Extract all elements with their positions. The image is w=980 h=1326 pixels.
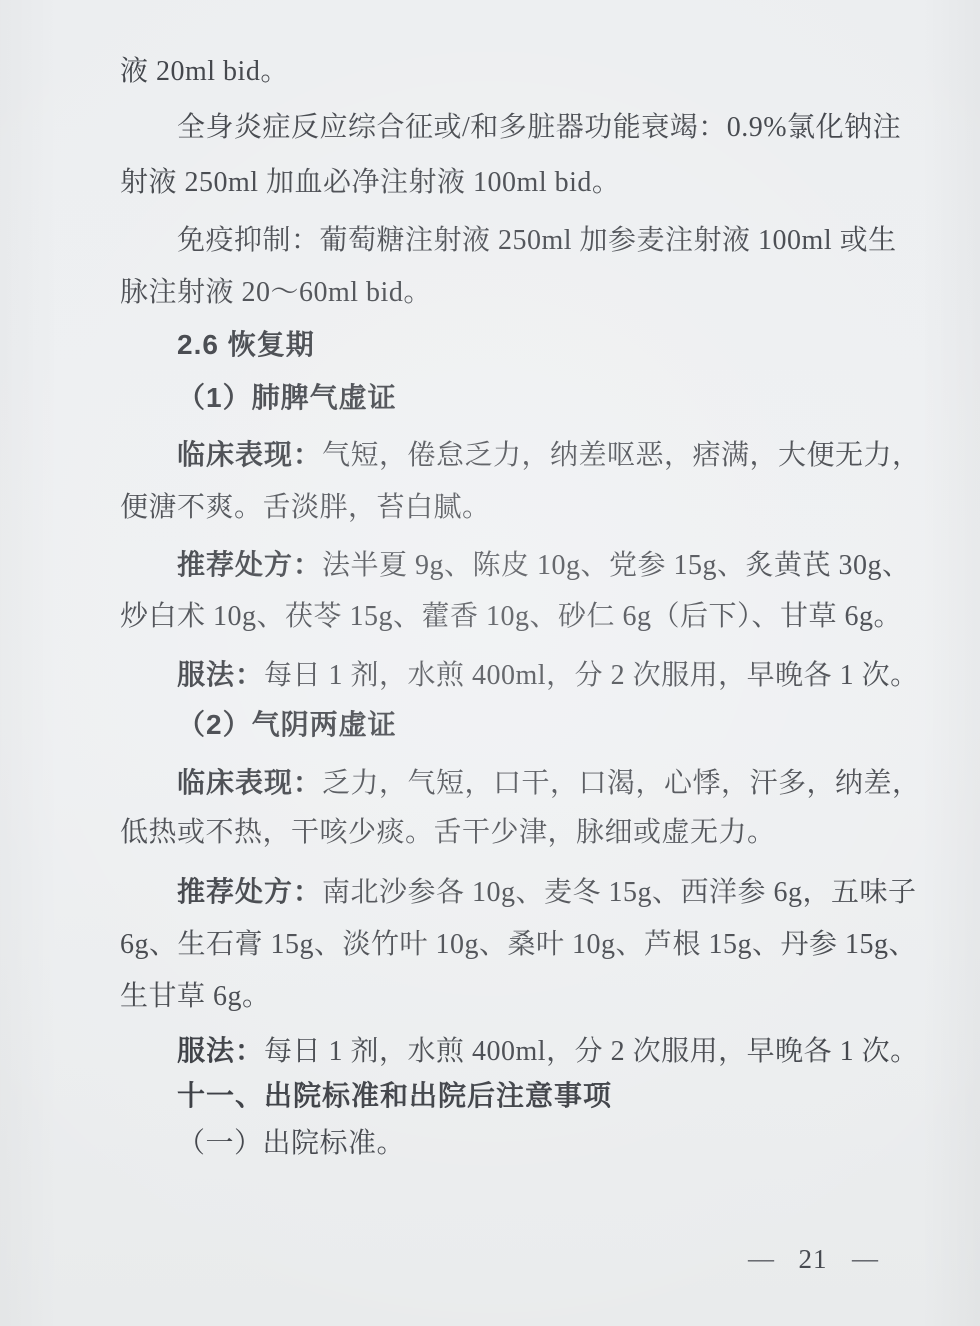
heading-text: （2）气阴两虚证 <box>177 709 397 740</box>
section-heading: （1）肺脾气虚证 <box>177 371 397 425</box>
text-line: 服法：每日 1 剂，水煎 400ml，分 2 次服用，早晚各 1 次。 <box>177 648 919 702</box>
para-label: 临床表现： <box>177 767 322 798</box>
line-text: 全身炎症反应综合征或/和多脏器功能衰竭：0.9%氯化钠注 <box>177 112 901 143</box>
section-heading: 2.6 恢复期 <box>177 318 315 372</box>
text-line: 便溏不爽。舌淡胖，苔白腻。 <box>120 481 491 535</box>
line-text: 脉注射液 20～60ml bid。 <box>120 277 432 308</box>
footer-dash-left: — <box>748 1243 774 1275</box>
text-line: 液 20ml bid。 <box>120 45 289 99</box>
para-label: 服法： <box>177 1035 264 1066</box>
line-text: 生甘草 6g。 <box>120 981 271 1012</box>
text-line: （一）出院标准。 <box>177 1117 405 1171</box>
line-text: 气短，倦怠乏力，纳差呕恶，痞满，大便无力， <box>322 440 921 471</box>
text-line: 全身炎症反应综合征或/和多脏器功能衰竭：0.9%氯化钠注 <box>177 101 901 155</box>
text-line: 临床表现：乏力，气短，口干，口渴，心悸，汗多，纳差， <box>177 756 921 810</box>
heading-text: 2.6 恢复期 <box>177 329 315 360</box>
para-label: 临床表现： <box>177 439 322 470</box>
line-text: 低热或不热，干咳少痰。舌干少津，脉细或虚无力。 <box>120 817 776 848</box>
section-heading: 十一、出院标准和出院后注意事项 <box>177 1069 612 1123</box>
para-label: 推荐处方： <box>177 549 322 580</box>
text-line: 射液 250ml 加血必净注射液 100ml bid。 <box>120 156 620 210</box>
document-page: 液 20ml bid。 全身炎症反应综合征或/和多脏器功能衰竭：0.9%氯化钠注… <box>0 0 980 1326</box>
line-text: 便溏不爽。舌淡胖，苔白腻。 <box>120 492 491 523</box>
para-label: 服法： <box>177 659 264 690</box>
page-footer: — 21 — <box>748 1243 878 1275</box>
line-text: 6g、生石膏 15g、淡竹叶 10g、桑叶 10g、芦根 15g、丹参 15g、 <box>120 929 917 960</box>
line-text: 每日 1 剂，水煎 400ml，分 2 次服用，早晚各 1 次。 <box>264 660 919 691</box>
footer-dash-right: — <box>852 1243 878 1275</box>
line-text: 每日 1 剂，水煎 400ml，分 2 次服用，早晚各 1 次。 <box>264 1036 919 1067</box>
text-line: 6g、生石膏 15g、淡竹叶 10g、桑叶 10g、芦根 15g、丹参 15g、 <box>120 918 917 972</box>
text-line: 炒白术 10g、茯苓 15g、藿香 10g、砂仁 6g（后下）、甘草 6g。 <box>120 590 902 644</box>
text-line: 推荐处方：法半夏 9g、陈皮 10g、党参 15g、炙黄芪 30g、 <box>177 538 911 592</box>
text-line: 推荐处方：南北沙参各 10g、麦冬 15g、西洋参 6g，五味子 <box>177 865 917 919</box>
line-text: 炒白术 10g、茯苓 15g、藿香 10g、砂仁 6g（后下）、甘草 6g。 <box>120 601 902 632</box>
heading-text: （1）肺脾气虚证 <box>177 382 397 413</box>
line-text: 液 20ml bid。 <box>120 56 289 87</box>
line-text: （一）出院标准。 <box>177 1128 405 1159</box>
line-text: 法半夏 9g、陈皮 10g、党参 15g、炙黄芪 30g、 <box>322 550 911 581</box>
line-text: 免疫抑制：葡萄糖注射液 250ml 加参麦注射液 100ml 或生 <box>177 225 897 256</box>
section-heading: （2）气阴两虚证 <box>177 698 397 752</box>
line-text: 射液 250ml 加血必净注射液 100ml bid。 <box>120 167 620 198</box>
line-text: 乏力，气短，口干，口渴，心悸，汗多，纳差， <box>322 768 921 799</box>
text-line: 生甘草 6g。 <box>120 970 271 1024</box>
para-label: 推荐处方： <box>177 876 322 907</box>
text-line: 低热或不热，干咳少痰。舌干少津，脉细或虚无力。 <box>120 806 776 860</box>
text-line: 免疫抑制：葡萄糖注射液 250ml 加参麦注射液 100ml 或生 <box>177 214 897 268</box>
line-text: 南北沙参各 10g、麦冬 15g、西洋参 6g，五味子 <box>322 877 917 908</box>
text-line: 脉注射液 20～60ml bid。 <box>120 266 432 320</box>
text-line: 临床表现：气短，倦怠乏力，纳差呕恶，痞满，大便无力， <box>177 428 921 482</box>
page-number: 21 <box>799 1243 828 1275</box>
heading-text: 十一、出院标准和出院后注意事项 <box>177 1080 612 1111</box>
